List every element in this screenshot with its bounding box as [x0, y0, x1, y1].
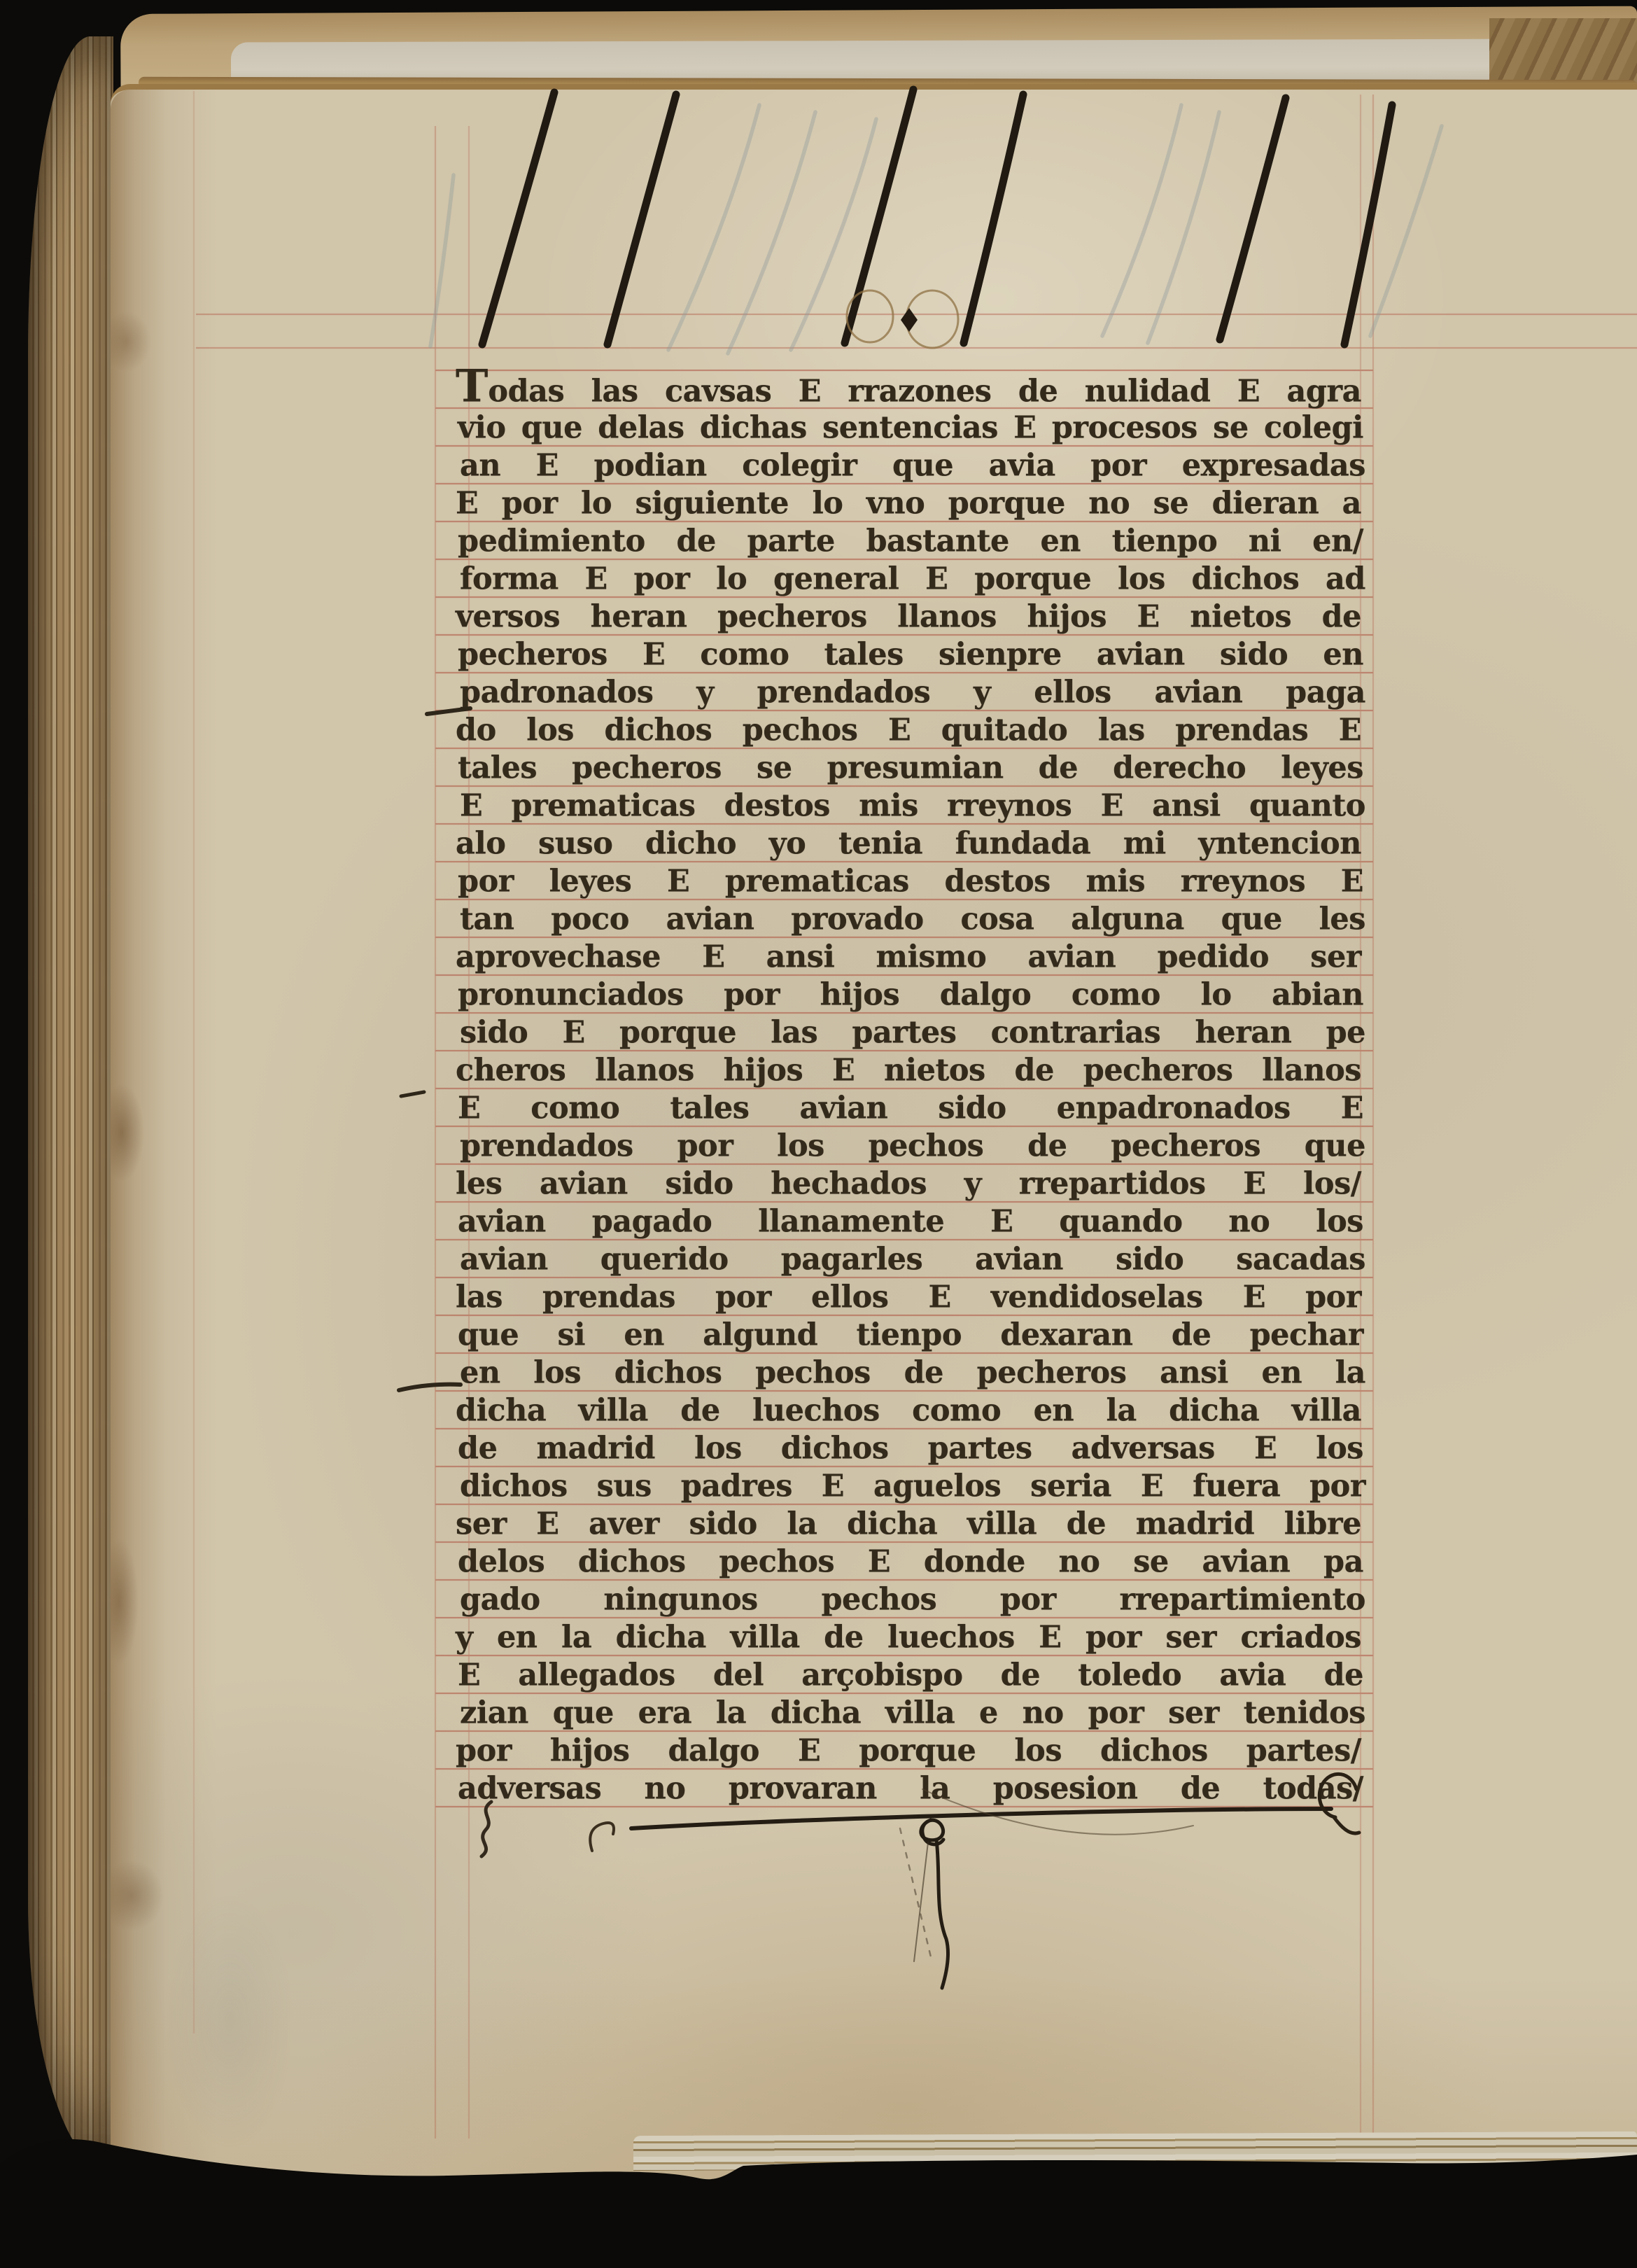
text-line: E allegados del arçobispo de toledo avia…: [458, 1656, 1363, 1695]
text-line: do los dichos pechos E quitado las prend…: [456, 711, 1361, 750]
text-line: Todas las cavsas E rrazones de nulidad E…: [456, 371, 1361, 409]
corner-leaf-texture: [1489, 18, 1637, 85]
text-line: las prendas por ellos E vendidoselas E p…: [456, 1278, 1361, 1317]
text-line: prendados por los pechos de pecheros que: [460, 1127, 1365, 1165]
text-line: an E podian colegir que avia por expresa…: [460, 447, 1365, 485]
text-line: vio que delas dichas sentencias E proces…: [458, 409, 1363, 447]
text-line: gado ningunos pechos por rrepartimiento: [460, 1581, 1365, 1619]
text-line: cheros llanos hijos E nietos de pecheros…: [456, 1051, 1361, 1090]
text-line: E como tales avian sido enpadronados E: [458, 1089, 1363, 1128]
text-line: de madrid los dichos partes adversas E l…: [458, 1429, 1363, 1468]
text-line: aprovechase E ansi mismo avian pedido se…: [456, 938, 1361, 976]
text-line: forma E por lo general E porque los dich…: [460, 560, 1365, 598]
text-line: tan poco avian provado cosa alguna que l…: [460, 900, 1365, 939]
text-line: padronados y prendados y ellos avian pag…: [460, 673, 1365, 712]
text-line: delos dichos pechos E donde no se avian …: [458, 1543, 1363, 1581]
text-line: avian pagado llanamente E quando no los: [458, 1203, 1363, 1241]
text-line: avian querido pagarles avian sido sacada…: [460, 1240, 1365, 1279]
bottom-page-edges: [633, 2131, 1637, 2171]
text-line: zian que era la dicha villa e no por ser…: [460, 1694, 1365, 1732]
text-line: les avian sido hechados y rrepartidos E …: [456, 1165, 1361, 1203]
text-line: que si en algund tienpo dexaran de pecha…: [458, 1316, 1363, 1354]
photograph-background: Todas las cavsas E rrazones de nulidad E…: [0, 0, 1637, 2268]
text-line: dicha villa de luechos como en la dicha …: [456, 1392, 1361, 1430]
text-line: dichos sus padres E aguelos seria E fuer…: [460, 1467, 1365, 1506]
text-line: por leyes E prematicas destos mis rreyno…: [458, 862, 1363, 901]
text-line: adversas no provaran la posesion de toda…: [458, 1770, 1363, 1808]
text-line: y en la dicha villa de luechos E por ser…: [456, 1618, 1361, 1657]
text-line: en los dichos pechos de pecheros ansi en…: [460, 1354, 1365, 1392]
book-page-edges: [28, 36, 113, 2173]
text-line: por hijos dalgo E porque los dichos part…: [456, 1732, 1361, 1770]
text-line: sido E porque las partes contrarias hera…: [460, 1014, 1365, 1052]
text-line: versos heran pecheros llanos hijos E nie…: [456, 598, 1361, 636]
text-line: pedimiento de parte bastante en tienpo n…: [458, 522, 1363, 561]
text-line: E prematicas destos mis rreynos E ansi q…: [460, 787, 1365, 825]
text-line: pronunciados por hijos dalgo como lo abi…: [458, 976, 1363, 1014]
text-line: ser E aver sido la dicha villa de madrid…: [456, 1505, 1361, 1543]
text-line: E por lo siguiente lo vno porque no se d…: [456, 484, 1361, 523]
text-line: alo suso dicho yo tenia fundada mi ynten…: [456, 825, 1361, 863]
text-line: pecheros E como tales sienpre avian sido…: [458, 636, 1363, 674]
text-line: tales pecheros se presumian de derecho l…: [458, 749, 1363, 787]
